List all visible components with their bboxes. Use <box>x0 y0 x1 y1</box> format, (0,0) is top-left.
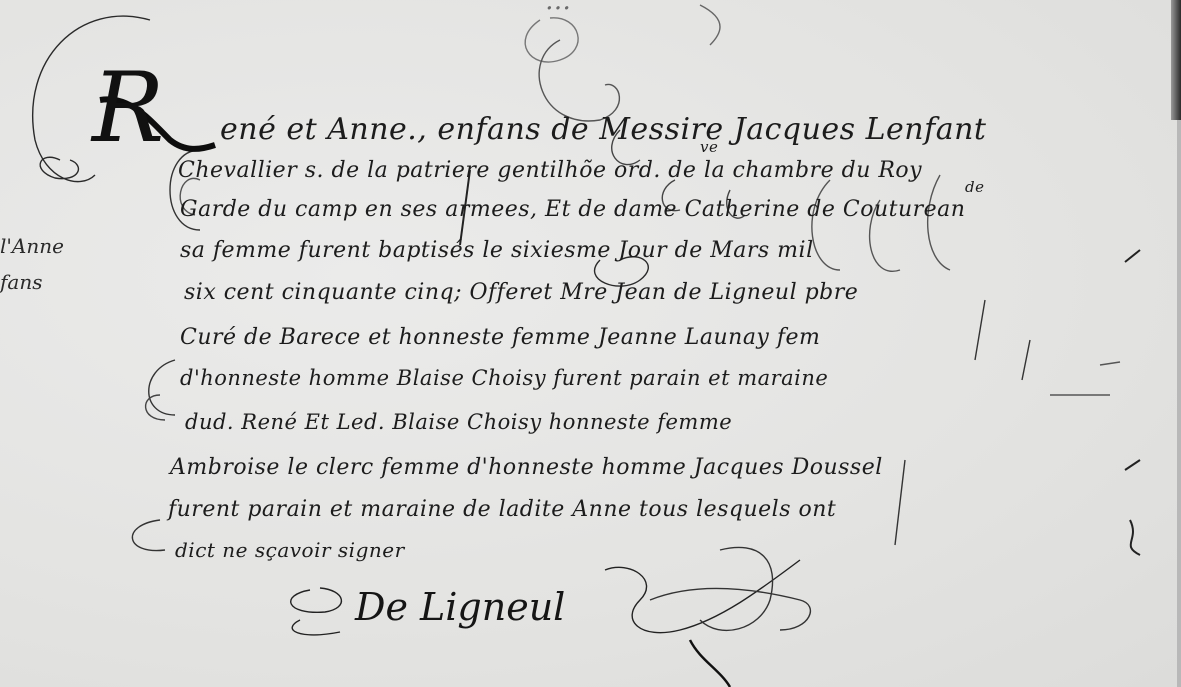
page-edge <box>1177 120 1181 687</box>
entry-line-9: Ambroise le clerc femme d'honneste homme… <box>170 455 883 480</box>
margin-note-line-2: fans <box>0 264 64 300</box>
entry-line-6: Curé de Barece et honneste femme Jeanne … <box>180 325 820 350</box>
signature-de-ligneul: De Ligneul <box>355 585 565 629</box>
entry-line-10: furent parain et maraine de ladite Anne … <box>168 497 836 522</box>
entry-line-1: ené et Anne., enfans de Messire Jacques … <box>220 112 986 147</box>
entry-line-4: sa femme furent baptisés le sixiesme Jou… <box>180 238 814 263</box>
superscript-de: de <box>965 178 984 196</box>
entry-line-7: d'honneste homme Blaise Choisy furent pa… <box>180 366 828 390</box>
superscript-ve: ve <box>700 138 718 156</box>
page-binding-edge <box>1171 0 1181 120</box>
entry-initial-letter: R <box>92 60 164 156</box>
entry-line-3: Garde du camp en ses armees, Et de dame … <box>180 197 965 222</box>
header-fragment: … <box>545 0 572 16</box>
entry-line-11: dict ne sçavoir signer <box>175 538 405 562</box>
margin-note-line-1: l'Anne <box>0 228 64 264</box>
entry-line-2: Chevallier s. de la patriere gentilhõe o… <box>178 158 922 183</box>
entry-line-5: six cent cinquante cinq; Offeret Mre Jea… <box>184 280 858 305</box>
document-page: … l'Anne fans R ené et Anne., enfans de … <box>0 0 1181 687</box>
entry-line-8: dud. René Et Led. Blaise Choisy honneste… <box>185 410 732 434</box>
margin-note: l'Anne fans <box>0 228 64 300</box>
